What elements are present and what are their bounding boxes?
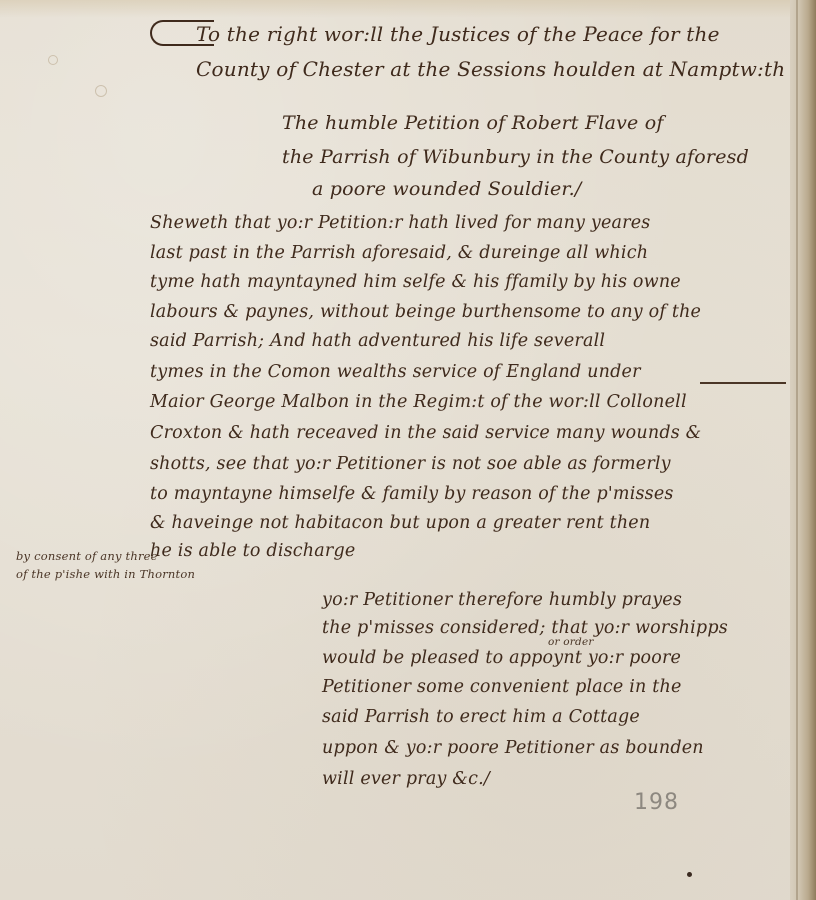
margin-note-line-2: of the p'ishe with in Thornton xyxy=(16,567,195,581)
body-line-12: he is able to discharge xyxy=(150,541,355,561)
manuscript-page: To the right wor:ll the Justices of the … xyxy=(0,0,790,900)
body-line-7: Maior George Malbon in the Regim:t of th… xyxy=(150,392,687,412)
ink-blot xyxy=(687,872,692,877)
body-line-9: shotts, see that yo:r Petitioner is not … xyxy=(150,454,671,474)
prayer-line-2: the p'misses considered; that yo:r worsh… xyxy=(322,618,728,638)
margin-note-line-1: by consent of any three xyxy=(16,549,158,563)
body-line-10: to mayntayne himselfe & family by reason… xyxy=(150,484,674,504)
body-line-11: & haveinge not habitacon but upon a grea… xyxy=(150,513,650,533)
prayer-line-5: said Parrish to erect him a Cottage xyxy=(322,707,640,727)
prayer-line-6: uppon & yo:r poore Petitioner as bounden xyxy=(322,738,704,758)
folio-number: 198 xyxy=(634,790,679,815)
top-edge-stain xyxy=(0,0,790,18)
body-line-8: Croxton & hath receaved in the said serv… xyxy=(150,423,701,443)
address-line-2: County of Chester at the Sessions houlde… xyxy=(196,57,785,81)
body-line-4: labours & paynes, without beinge burthen… xyxy=(150,302,701,322)
body-line-5: said Parrish; And hath adventured his li… xyxy=(150,331,605,351)
body-line-1: Sheweth that yo:r Petition:r hath lived … xyxy=(150,213,650,233)
petition-title-line-2: the Parrish of Wibunbury in the County a… xyxy=(282,146,749,168)
body-line-2: last past in the Parrish aforesaid, & du… xyxy=(150,243,648,263)
petition-title-line-3: a poore wounded Souldier./ xyxy=(312,178,581,200)
line-rule xyxy=(700,382,786,384)
paper-spot xyxy=(95,85,107,97)
page-edge-fold xyxy=(796,0,798,900)
prayer-line-4: Petitioner some convenient place in the xyxy=(322,677,682,697)
body-line-3: tyme hath mayntayned him selfe & his ffa… xyxy=(150,272,681,292)
prayer-line-3: would be pleased to appoynt yo:r poore xyxy=(322,648,681,668)
paper-spot xyxy=(48,55,58,65)
prayer-line-1: yo:r Petitioner therefore humbly prayes xyxy=(322,590,682,610)
prayer-line-7: will ever pray &c./ xyxy=(322,769,490,789)
page-right-edge xyxy=(790,0,816,900)
interlinear-insertion: or order xyxy=(548,636,594,648)
petition-title-line-1: The humble Petition of Robert Flave of xyxy=(282,112,664,134)
address-line-1: To the right wor:ll the Justices of the … xyxy=(196,22,720,46)
body-line-6: tymes in the Comon wealths service of En… xyxy=(150,362,641,382)
